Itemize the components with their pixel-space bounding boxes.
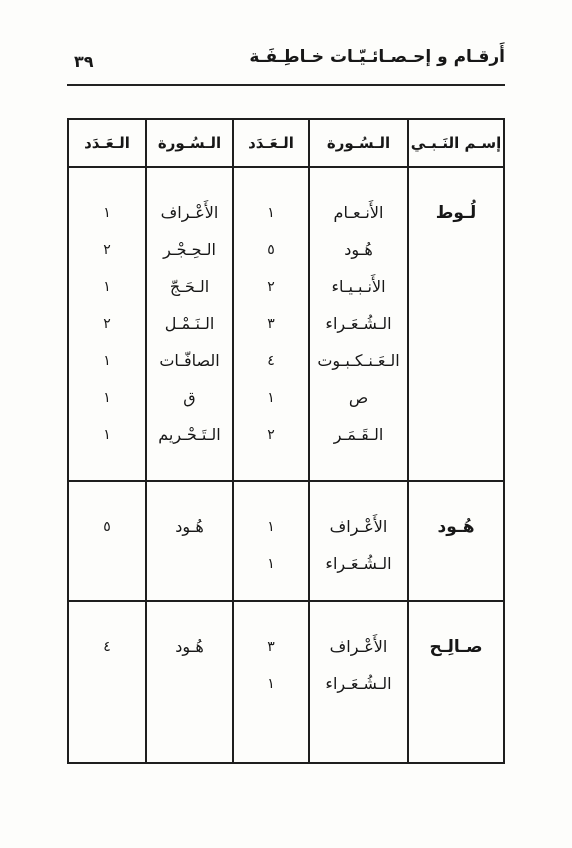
count-value: ٣ — [234, 305, 308, 342]
surah-name: ق — [147, 379, 232, 416]
surah-name: الـحِـجْـر — [147, 231, 232, 268]
count-value: ٤ — [69, 628, 145, 665]
surah-name: الـشُـعَـراء — [310, 545, 407, 582]
col-header-prophet-name: إسـم النَـبـي — [408, 119, 504, 167]
count-value: ١ — [234, 508, 308, 545]
count-list-cell-first: ١٥٢٣٤١٢ — [233, 167, 309, 481]
count-value: ٢ — [69, 305, 145, 342]
count-value: ١ — [234, 194, 308, 231]
surah-name: الـشُـعَـراء — [310, 305, 407, 342]
page-title: أَرقـام و إحـصـائـيّـات خـاطِـفَـة — [249, 47, 505, 67]
count-value: ٣ — [234, 628, 308, 665]
prophet-name: هُـود — [409, 508, 503, 545]
prophet-section-row: هُـودالأَعْـرافالـشُـعَـراء١١هُـود٥ — [68, 481, 504, 601]
count-value: ١ — [69, 194, 145, 231]
surah-list-cell-second: الأَعْـرافالـحِـجْـرالـحَـجّالـنَـمْـلال… — [146, 167, 233, 481]
page-number: ٣٩ — [74, 52, 94, 71]
prophet-name-cell: هُـود — [408, 481, 504, 601]
table-body: لُـوطالأَنـعـامهُـودالأَنـبـيـاءالـشُـعَ… — [68, 167, 504, 763]
count-value: ١ — [69, 416, 145, 453]
surah-name: الصافّـات — [147, 342, 232, 379]
prophet-statistics-table: إسـم النَـبـي الـسُـورة الـعَـدَد الـسُـ… — [67, 118, 505, 764]
surah-name: الـنَـمْـل — [147, 305, 232, 342]
surah-list-cell-second: هُـود — [146, 481, 233, 601]
book-page: { "page": { "number": "٣٩", "title": "أَ… — [0, 0, 572, 848]
count-value: ١ — [69, 268, 145, 305]
surah-list-cell-first: الأَعْـرافالـشُـعَـراء — [309, 481, 408, 601]
prophet-name: لُـوط — [409, 194, 503, 231]
col-header-count-first: الـعَـدَد — [233, 119, 309, 167]
count-list-cell-first: ١١ — [233, 481, 309, 601]
surah-name: الأَعْـراف — [147, 194, 232, 231]
col-header-surah-second: الـسُـورة — [146, 119, 233, 167]
count-value: ١ — [69, 342, 145, 379]
prophet-statistics-table-wrap: إسـم النَـبـي الـسُـورة الـعَـدَد الـسُـ… — [67, 118, 505, 764]
count-value: ١ — [69, 379, 145, 416]
prophet-name-cell: صـالِـح — [408, 601, 504, 763]
count-value: ٥ — [234, 231, 308, 268]
count-value: ٢ — [234, 416, 308, 453]
table-header-row: إسـم النَـبـي الـسُـورة الـعَـدَد الـسُـ… — [68, 119, 504, 167]
surah-list-cell-second: هُـود — [146, 601, 233, 763]
count-value: ٤ — [234, 342, 308, 379]
header-rule — [67, 84, 505, 86]
prophet-name: صـالِـح — [409, 628, 503, 665]
surah-list-cell-first: الأَنـعـامهُـودالأَنـبـيـاءالـشُـعَـراءا… — [309, 167, 408, 481]
count-value: ١ — [234, 379, 308, 416]
count-value: ٥ — [69, 508, 145, 545]
surah-list-cell-first: الأَعْـرافالـشُـعَـراء — [309, 601, 408, 763]
count-value: ١ — [234, 545, 308, 582]
surah-name: الأَنـعـام — [310, 194, 407, 231]
count-list-cell-second: ١٢١٢١١١ — [68, 167, 146, 481]
surah-name: الـقَـمَـر — [310, 416, 407, 453]
prophet-section-row: صـالِـحالأَعْـرافالـشُـعَـراء٣١هُـود٤ — [68, 601, 504, 763]
surah-name: الـتَـحْـريم — [147, 416, 232, 453]
count-list-cell-first: ٣١ — [233, 601, 309, 763]
surah-name: الأَعْـراف — [310, 628, 407, 665]
surah-name: هُـود — [310, 231, 407, 268]
surah-name: الـعَـنـكـبـوت — [310, 342, 407, 379]
count-value: ١ — [234, 665, 308, 702]
prophet-name-cell: لُـوط — [408, 167, 504, 481]
prophet-section-row: لُـوطالأَنـعـامهُـودالأَنـبـيـاءالـشُـعَ… — [68, 167, 504, 481]
surah-name: الـحَـجّ — [147, 268, 232, 305]
surah-name: ص — [310, 379, 407, 416]
surah-name: الـشُـعَـراء — [310, 665, 407, 702]
count-list-cell-second: ٤ — [68, 601, 146, 763]
count-value: ٢ — [69, 231, 145, 268]
count-list-cell-second: ٥ — [68, 481, 146, 601]
surah-name: الأَعْـراف — [310, 508, 407, 545]
col-header-count-second: الـعَـدَد — [68, 119, 146, 167]
surah-name: الأَنـبـيـاء — [310, 268, 407, 305]
surah-name: هُـود — [147, 628, 232, 665]
surah-name: هُـود — [147, 508, 232, 545]
count-value: ٢ — [234, 268, 308, 305]
col-header-surah-first: الـسُـورة — [309, 119, 408, 167]
